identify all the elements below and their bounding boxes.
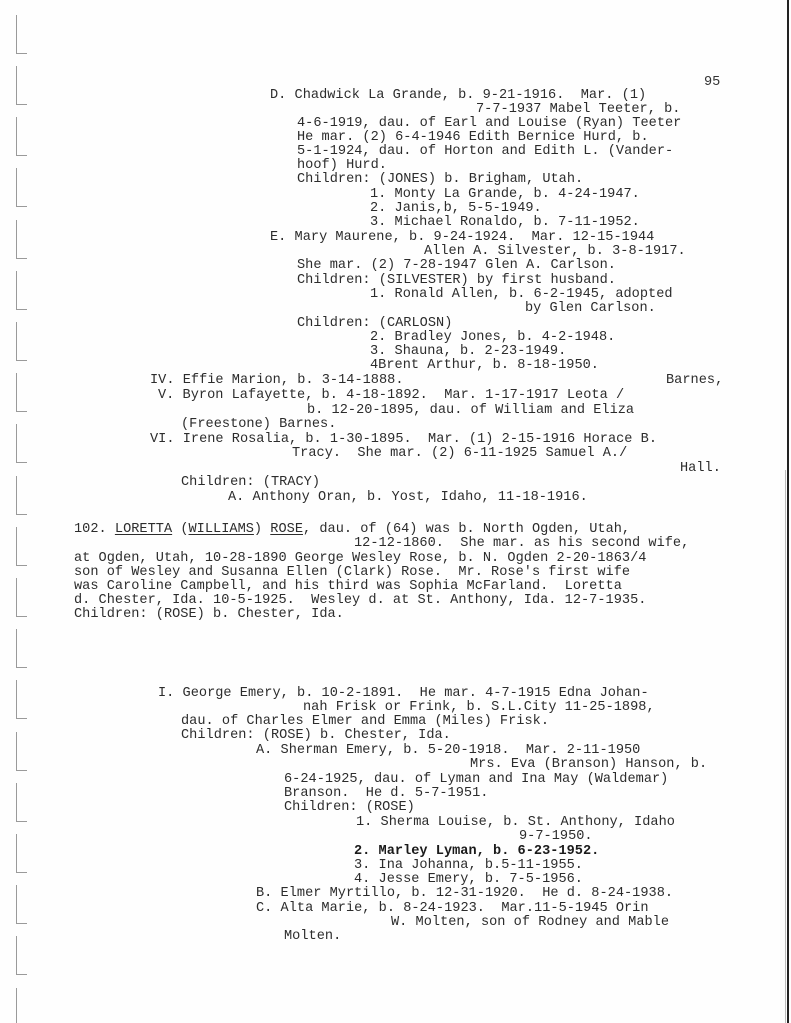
binder-mark	[16, 578, 27, 617]
text-line: Allen A. Silvester, b. 3-8-1917.	[424, 245, 686, 259]
binder-mark	[16, 220, 27, 259]
text-line: son of Wesley and Susanna Ellen (Clark) …	[74, 566, 630, 580]
text-line: He mar. (2) 6-4-1946 Edith Bernice Hurd,…	[297, 131, 649, 145]
text-fragment: , dau. of (64) was b. North Ogden, Utah,	[303, 522, 630, 537]
text-line: Children: (ROSE)	[284, 801, 415, 815]
text-line: A. Sherman Emery, b. 5-20-1918. Mar. 2-1…	[256, 744, 640, 758]
text-line: W. Molten, son of Rodney and Mable	[391, 916, 669, 930]
text-line: (Freestone) Barnes.	[181, 418, 336, 432]
text-fragment: (	[172, 522, 188, 537]
text-line: Hall.	[680, 462, 721, 476]
text-line: 2. Marley Lyman, b. 6-23-1952.	[354, 845, 599, 859]
text-line: IV. Effie Marion, b. 3-14-1888.	[150, 374, 404, 388]
married-name: ROSE	[270, 522, 303, 537]
binder-mark	[16, 168, 27, 207]
text-line: 1. Monty La Grande, b. 4-24-1947.	[370, 188, 640, 202]
text-line: 1. Sherma Louise, b. St. Anthony, Idaho	[356, 816, 675, 830]
text-line: 12-12-1860. She mar. as his second wife,	[354, 537, 689, 551]
binder-mark	[16, 424, 27, 463]
text-line: 3. Shauna, b. 2-23-1949.	[370, 345, 566, 359]
text-line: d. Chester, Ida. 10-5-1925. Wesley d. at…	[74, 594, 646, 608]
text-line: Children: (CARLOSN)	[297, 317, 452, 331]
text-line: Mrs. Eva (Branson) Hanson, b.	[470, 758, 707, 772]
text-line: E. Mary Maurene, b. 9-24-1924. Mar. 12-1…	[270, 231, 654, 245]
binder-mark	[16, 322, 27, 361]
text-line: Molten.	[284, 930, 341, 944]
text-line: Branson. He d. 5-7-1951.	[284, 787, 488, 801]
page-edge-shadow	[785, 470, 786, 1023]
text-line: 4. Jesse Emery, b. 7-5-1956.	[354, 873, 583, 887]
text-line: Barnes,	[666, 374, 723, 388]
binder-mark	[16, 476, 27, 515]
text-line: 6-24-1925, dau. of Lyman and Ina May (Wa…	[284, 773, 668, 787]
text-line: VI. Irene Rosalia, b. 1-30-1895. Mar. (1…	[150, 433, 657, 447]
binder-mark	[16, 527, 27, 566]
binder-mark	[16, 834, 27, 873]
document-page: 95 D. Chadwick La Grande, b. 9-21-1916. …	[0, 0, 791, 1023]
text-line: Children: (ROSE) b. Chester, Ida.	[181, 729, 451, 743]
text-line: dau. of Charles Elmer and Emma (Miles) F…	[181, 715, 549, 729]
text-line: hoof) Hurd.	[297, 159, 387, 173]
binder-mark	[16, 783, 27, 822]
text-line: 5-1-1924, dau. of Horton and Edith L. (V…	[297, 145, 673, 159]
text-line: was Caroline Campbell, and his third was…	[74, 580, 622, 594]
text-line: 4Brent Arthur, b. 8-18-1950.	[370, 359, 599, 373]
text-line: Children: (TRACY)	[181, 476, 320, 490]
text-line: 3. Ina Johanna, b.5-11-1955.	[354, 859, 583, 873]
text-line: 7-7-1937 Mabel Teeter, b.	[476, 103, 680, 117]
text-line: Tracy. She mar. (2) 6-11-1925 Samuel A./	[292, 447, 627, 461]
text-line: 9-7-1950.	[519, 830, 593, 844]
text-line: 2. Janis,b, 5-5-1949.	[370, 202, 542, 216]
binder-mark	[16, 117, 27, 156]
text-line: nah Frisk or Frink, b. S.L.City 11-25-18…	[303, 701, 655, 715]
binder-mark	[16, 271, 27, 310]
binder-mark	[16, 885, 27, 924]
binder-mark	[16, 373, 27, 412]
text-line: 4-6-1919, dau. of Earl and Louise (Ryan)…	[297, 117, 681, 131]
binder-mark	[16, 988, 27, 1023]
text-line: B. Elmer Myrtillo, b. 12-31-1920. He d. …	[256, 887, 673, 901]
text-line: 3. Michael Ronaldo, b. 7-11-1952.	[370, 216, 640, 230]
given-name: LORETTA	[115, 522, 172, 537]
text-line: A. Anthony Oran, b. Yost, Idaho, 11-18-1…	[228, 491, 588, 505]
text-line: 2. Bradley Jones, b. 4-2-1948.	[370, 331, 615, 345]
text-line: by Glen Carlson.	[525, 302, 656, 316]
binder-mark	[16, 936, 27, 975]
text-line: I. George Emery, b. 10-2-1891. He mar. 4…	[158, 687, 649, 701]
binder-mark	[16, 680, 27, 719]
text-line: V. Byron Lafayette, b. 4-18-1892. Mar. 1…	[158, 389, 624, 403]
text-line: Children: (JONES) b. Brigham, Utah.	[297, 173, 583, 187]
text-line: D. Chadwick La Grande, b. 9-21-1916. Mar…	[270, 89, 646, 103]
binder-mark	[16, 629, 27, 668]
text-line: C. Alta Marie, b. 8-24-1923. Mar.11-5-19…	[256, 902, 649, 916]
page-edge-border	[787, 0, 789, 1023]
text-line: Children: (SILVESTER) by first husband.	[297, 274, 616, 288]
entry-heading: 102. LORETTA (WILLIAMS) ROSE, dau. of (6…	[74, 523, 630, 537]
entry-number: 102.	[74, 522, 115, 537]
binder-mark	[16, 15, 27, 54]
maiden-name: WILLIAMS	[189, 522, 254, 537]
text-line: She mar. (2) 7-28-1947 Glen A. Carlson.	[297, 259, 616, 273]
text-line: b. 12-20-1895, dau. of William and Eliza	[307, 404, 634, 418]
binder-mark	[16, 732, 27, 771]
binder-mark	[16, 66, 27, 105]
page-number: 95	[704, 75, 720, 90]
text-line: Children: (ROSE) b. Chester, Ida.	[74, 608, 344, 622]
text-line: at Ogden, Utah, 10-28-1890 George Wesley…	[74, 552, 646, 566]
text-fragment: )	[254, 522, 270, 537]
text-line: 1. Ronald Allen, b. 6-2-1945, adopted	[370, 288, 673, 302]
